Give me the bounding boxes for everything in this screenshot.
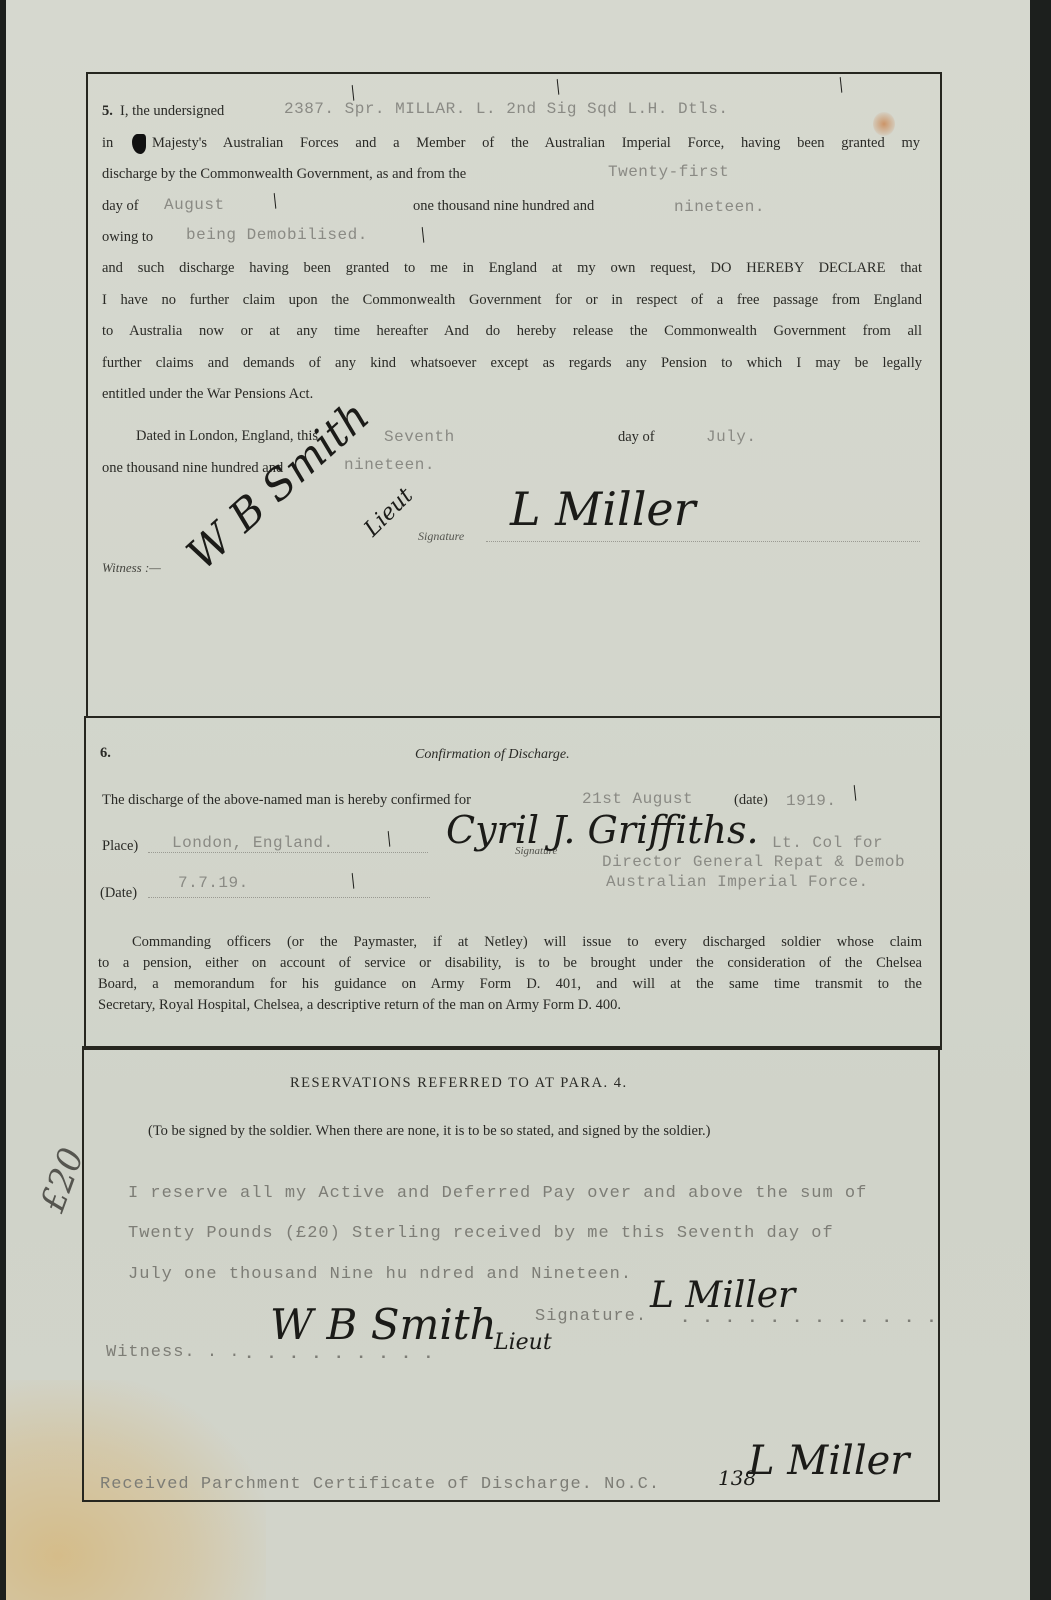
dated-year-field: nineteen. [344, 456, 435, 474]
date-label: (date) [734, 791, 768, 809]
officer-signature: Cyril J. Griffiths. [446, 808, 759, 852]
line2-prefix: in [102, 134, 113, 152]
declaration-line: entitled under the War Pensions Act. [102, 379, 922, 411]
section-5-number: 5. [102, 102, 113, 120]
place-line [148, 852, 428, 853]
place-field: London, England. [172, 834, 334, 852]
line2-text: Majesty's Australian Forces and a Member… [152, 134, 920, 152]
reservation-witness-label: Witness. . . [106, 1344, 240, 1362]
date-row-line [148, 897, 430, 898]
owing-to-field: being Demobilised. [186, 226, 368, 244]
date-row-label: (Date) [100, 884, 137, 902]
reservations-title: RESERVATIONS REFERRED TO AT PARA. 4. [290, 1074, 628, 1092]
reservation-witness-rank: Lieut [494, 1330, 552, 1355]
reservation-signature-label: Signature. [535, 1308, 647, 1326]
discharge-day-field: Twenty-first [608, 163, 729, 181]
reservation-line: I reserve all my Active and Deferred Pay… [128, 1185, 867, 1203]
soldier-signature: L Miller [510, 482, 696, 536]
dated-day-of-label: day of [618, 428, 655, 446]
officer-line-3: Australian Imperial Force. [606, 873, 869, 891]
soldier-name-field: 2387. Spr. MILLAR. L. 2nd Sig Sqd L.H. D… [284, 100, 728, 118]
place-label: Place) [102, 837, 138, 855]
dated-month-field: July. [706, 428, 757, 446]
reservation-soldier-signature: L Miller [650, 1275, 795, 1316]
punch-hole [132, 134, 146, 154]
reservation-witness-signature: W B Smith [270, 1300, 497, 1349]
signature-line [486, 541, 920, 542]
reservation-line: Twenty Pounds (£20) Sterling received by… [128, 1225, 834, 1243]
instructions-line: Commanding officers (or the Paymaster, i… [98, 932, 922, 953]
instructions-text: Commanding officers (or the Paymaster, i… [98, 932, 922, 1016]
declaration-text: and such discharge having been granted t… [102, 253, 922, 411]
dated-day-field: Seventh [384, 428, 455, 446]
officer-line-1: Lt. Col for [772, 834, 883, 852]
declaration-line: I have no further claim upon the Commonw… [102, 285, 922, 317]
discharge-year-field: nineteen. [674, 198, 765, 216]
declaration-line: further claims and demands of any kind w… [102, 348, 922, 380]
confirmed-date-field: 21st August [582, 790, 693, 808]
reservations-instruction: (To be signed by the soldier. When there… [148, 1122, 710, 1140]
line3-text: discharge by the Commonwealth Government… [102, 165, 466, 183]
confirmed-text: The discharge of the above-named man is … [102, 791, 471, 809]
received-certificate-text: Received Parchment Certificate of Discha… [100, 1476, 660, 1494]
section-6-title: Confirmation of Discharge. [415, 746, 570, 764]
reservation-line: July one thousand Nine hu ndred and Nine… [128, 1266, 632, 1284]
witness-label: Witness :— [102, 559, 161, 577]
day-of-label: day of [102, 197, 139, 215]
year-label: one thousand nine hundred and [413, 197, 594, 215]
date-row-field: 7.7.19. [178, 874, 249, 892]
confirmed-year-field: 1919. [786, 792, 837, 810]
owing-to-label: owing to [102, 228, 153, 246]
rust-mark [873, 112, 895, 136]
officer-line-2: Director General Repat & Demob [602, 853, 905, 871]
received-signature: L Miller [748, 1438, 909, 1484]
declaration-line: and such discharge having been granted t… [102, 253, 922, 285]
declaration-line: to Australia now or at any time hereafte… [102, 316, 922, 348]
signature-label: Signature [418, 527, 464, 545]
section-6-number: 6. [100, 744, 111, 762]
undersigned-label: I, the undersigned [120, 102, 224, 120]
instructions-line: to a pension, either on account of servi… [98, 953, 922, 974]
discharge-month-field: August [164, 196, 225, 214]
instructions-line: Secretary, Royal Hospital, Chelsea, a de… [98, 995, 922, 1016]
instructions-line: Board, a memorandum for his guidance on … [98, 974, 922, 995]
